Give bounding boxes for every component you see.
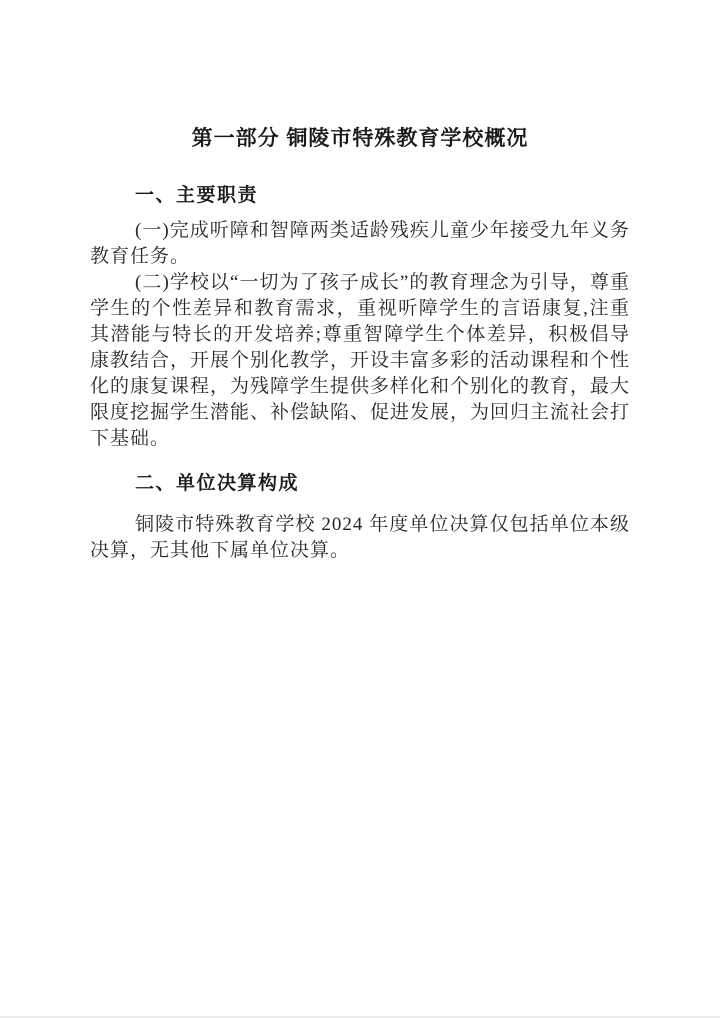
document-title: 第一部分 铜陵市特殊教育学校概况: [90, 0, 630, 152]
paragraph: (一)完成听障和智障两类适龄残疾儿童少年接受九年义务教育任务。: [90, 218, 630, 270]
paragraph: 铜陵市特殊教育学校 2024 年度单位决算仅包括单位本级决算，无其他下属单位决算…: [90, 512, 630, 564]
document-content: 第一部分 铜陵市特殊教育学校概况 一、主要职责 (一)完成听障和智障两类适龄残疾…: [0, 0, 720, 564]
section-body-budget-composition: 铜陵市特殊教育学校 2024 年度单位决算仅包括单位本级决算，无其他下属单位决算…: [90, 512, 630, 564]
section-heading-budget-composition: 二、单位决算构成: [90, 472, 630, 496]
section-heading-main-duties: 一、主要职责: [90, 184, 630, 208]
paragraph: (二)学校以“一切为了孩子成长”的教育理念为引导，尊重学生的个性差异和教育需求，…: [90, 270, 630, 452]
document-page: 第一部分 铜陵市特殊教育学校概况 一、主要职责 (一)完成听障和智障两类适龄残疾…: [0, 0, 720, 1018]
section-body-main-duties: (一)完成听障和智障两类适龄残疾儿童少年接受九年义务教育任务。 (二)学校以“一…: [90, 218, 630, 452]
